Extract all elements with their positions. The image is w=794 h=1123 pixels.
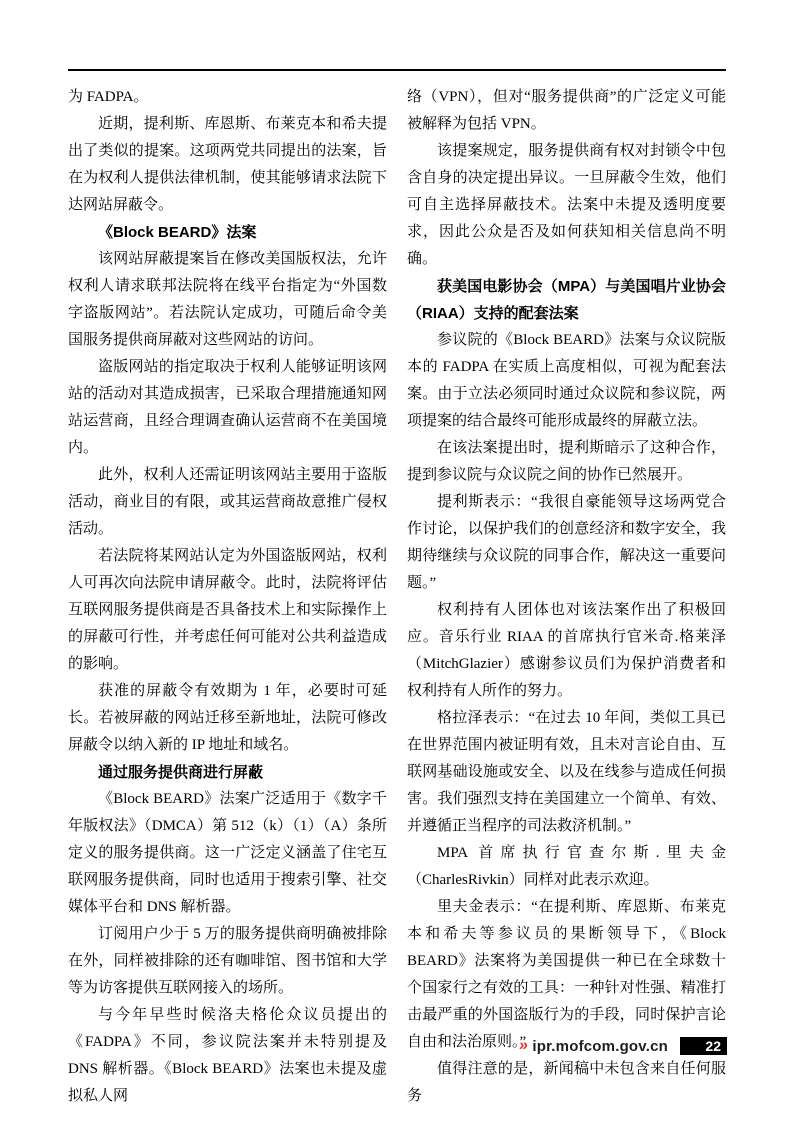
body-paragraph: 里夫金表示：“在提利斯、库恩斯、布莱克本和希夫等参议员的果断领导下，《Block…: [407, 894, 726, 1056]
body-paragraph: 此外，权利人还需证明该网站主要用于盗版活动，商业目的有限，或其运营商故意推广侵权…: [68, 462, 387, 543]
body-paragraph: 与今年早些时候洛夫格伦众议员提出的《FADPA》不同，参议院法案并未特别提及 D…: [68, 1002, 387, 1110]
body-paragraph: MPA 首席执行官查尔斯.里夫金（CharlesRivkin）同样对此表示欢迎。: [407, 840, 726, 894]
body-paragraph: 近期，提利斯、库恩斯、布莱克本和希夫提出了类似的提案。这项两党共同提出的法案，旨…: [68, 111, 387, 219]
body-paragraph: 格拉泽表示：“在过去 10 年间，类似工具已在世界范围内被证明有效，且未对言论自…: [407, 705, 726, 840]
top-rule-divider: [68, 69, 726, 71]
column-right: 络（VPN），但对“服务提供商”的广泛定义可能被解释为包括 VPN。该提案规定，…: [407, 84, 726, 1110]
page-footer: » ipr.mofcom.gov.cn 22: [519, 1036, 727, 1056]
footer-site-url: ipr.mofcom.gov.cn: [532, 1038, 668, 1055]
body-paragraph: 盗版网站的指定取决于权利人能够证明该网站的活动对其造成损害，已采取合理措施通知网…: [68, 354, 387, 462]
body-paragraph: 提利斯表示：“我很自豪能领导这场两党合作讨论，以保护我们的创意经济和数字安全，我…: [407, 489, 726, 597]
body-paragraph: 该网站屏蔽提案旨在修改美国版权法，允许权利人请求联邦法院将在线平台指定为“外国数…: [68, 246, 387, 354]
document-page: 为 FADPA。近期，提利斯、库恩斯、布莱克本和希夫提出了类似的提案。这项两党共…: [0, 0, 794, 1123]
body-paragraph: 若法院将某网站认定为外国盗版网站，权利人可再次向法院申请屏蔽令。此时，法院将评估…: [68, 543, 387, 678]
body-paragraph: 该提案规定，服务提供商有权对封锁令中包含自身的决定提出异议。一旦屏蔽令生效，他们…: [407, 138, 726, 273]
body-paragraph: 参议院的《Block BEARD》法案与众议院版本的 FADPA 在实质上高度相…: [407, 327, 726, 435]
body-paragraph: 订阅用户少于 5 万的服务提供商明确被排除在外，同样被排除的还有咖啡馆、图书馆和…: [68, 921, 387, 1002]
body-paragraph: 值得注意的是，新闻稿中未包含来自任何服务: [407, 1056, 726, 1110]
body-paragraph: 获准的屏蔽令有效期为 1 年，必要时可延长。若被屏蔽的网站迁移至新地址，法院可修…: [68, 678, 387, 759]
section-heading: 《Block BEARD》法案: [68, 219, 387, 246]
body-paragraph: 《Block BEARD》法案广泛适用于《数字千年版权法》（DMCA）第 512…: [68, 786, 387, 921]
page-content: 为 FADPA。近期，提利斯、库恩斯、布莱克本和希夫提出了类似的提案。这项两党共…: [68, 84, 726, 1110]
body-paragraph: 为 FADPA。: [68, 84, 387, 111]
body-paragraph: 在该法案提出时，提利斯暗示了这种合作，提到参议院与众议院之间的协作已然展开。: [407, 435, 726, 489]
body-paragraph: 络（VPN），但对“服务提供商”的广泛定义可能被解释为包括 VPN。: [407, 84, 726, 138]
section-heading: 获美国电影协会（MPA）与美国唱片业协会（RIAA）支持的配套法案: [407, 273, 726, 327]
section-heading: 通过服务提供商进行屏蔽: [68, 759, 387, 786]
page-number-badge: 22: [680, 1037, 727, 1055]
body-paragraph: 权利持有人团体也对该法案作出了积极回应。音乐行业 RIAA 的首席执行官米奇.格…: [407, 597, 726, 705]
column-left: 为 FADPA。近期，提利斯、库恩斯、布莱克本和希夫提出了类似的提案。这项两党共…: [68, 84, 387, 1110]
double-chevron-icon: »: [518, 1037, 528, 1055]
